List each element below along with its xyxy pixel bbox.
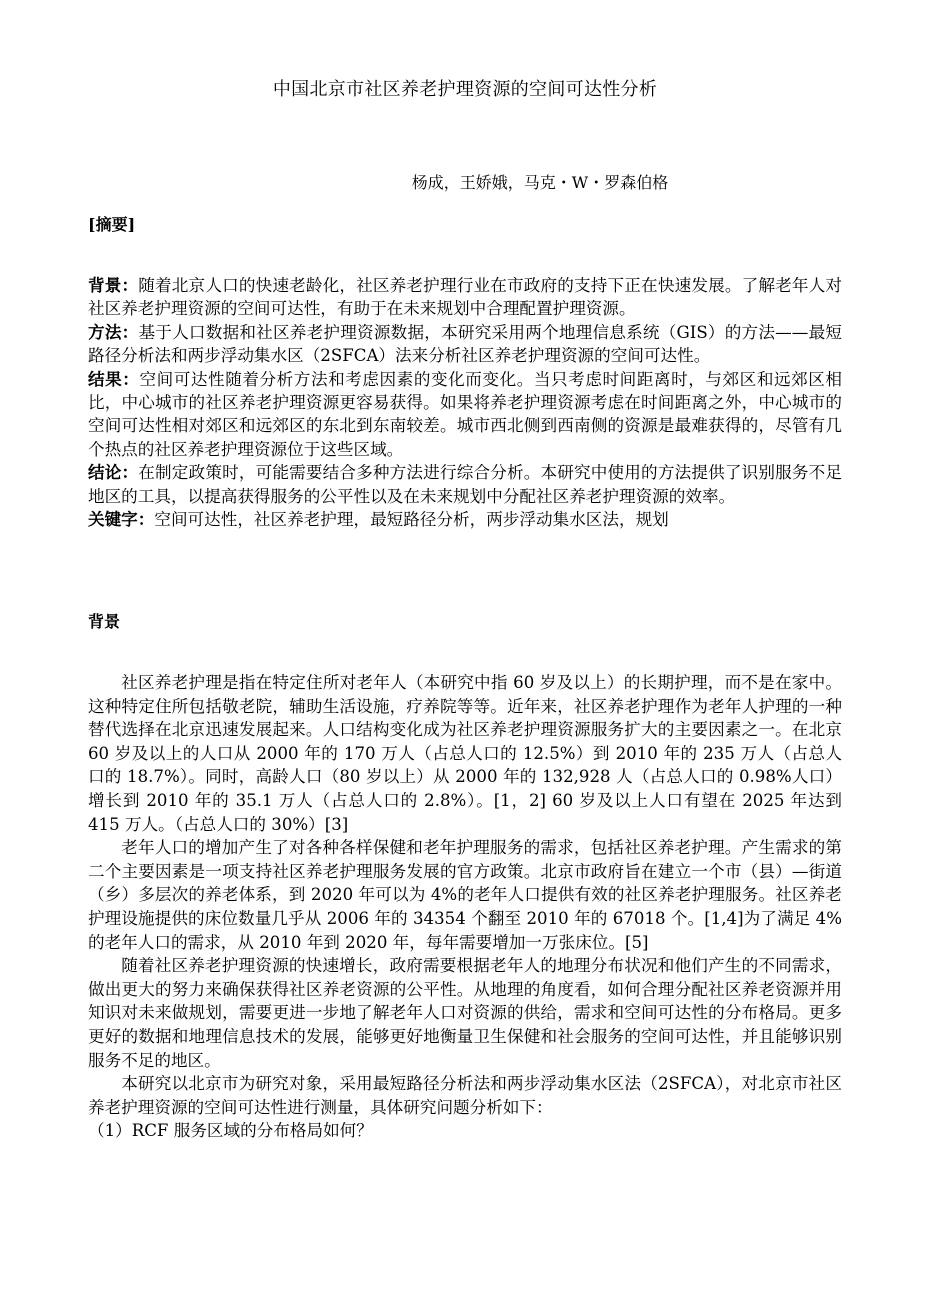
- abstract-text: 空间可达性随着分析方法和考虑因素的变化而变化。当只考虑时间距离时，与郊区和远郊区…: [88, 370, 842, 459]
- abstract-heading: [摘要]: [88, 212, 135, 235]
- abstract-text: 空间可达性，社区养老护理，最短路径分析，两步浮动集水区法，规划: [154, 510, 668, 529]
- paper-title: 中国北京市社区养老护理资源的空间可达性分析: [88, 75, 842, 101]
- research-question: （1）RCF 服务区域的分布格局如何？: [88, 1119, 842, 1143]
- abstract-background: 背景：随着北京人口的快速老龄化，社区养老护理行业在市政府的支持下正在快速发展。了…: [88, 274, 842, 321]
- abstract-methods: 方法：基于人口数据和社区养老护理资源数据，本研究采用两个地理信息系统（GIS）的…: [88, 321, 842, 368]
- abstract-label: 结果：: [88, 370, 139, 389]
- abstract-text: 在制定政策时，可能需要结合多种方法进行综合分析。本研究中使用的方法提供了识别服务…: [88, 463, 842, 505]
- body-text: 社区养老护理是指在特定住所对老年人（本研究中指 60 岁及以上）的长期护理，而不…: [88, 671, 842, 1143]
- section-heading-background: 背景: [88, 609, 120, 632]
- author-list: 杨成，王娇娥，马克・W・罗森伯格: [88, 170, 842, 193]
- abstract-keywords: 关键字：空间可达性，社区养老护理，最短路径分析，两步浮动集水区法，规划: [88, 508, 842, 531]
- abstract-label: 背景：: [88, 276, 138, 295]
- abstract-text: 随着北京人口的快速老龄化，社区养老护理行业在市政府的支持下正在快速发展。了解老年…: [88, 276, 842, 318]
- abstract-label: 结论：: [88, 463, 138, 482]
- abstract-results: 结果：空间可达性随着分析方法和考虑因素的变化而变化。当只考虑时间距离时，与郊区和…: [88, 368, 842, 462]
- abstract: 背景：随着北京人口的快速老龄化，社区养老护理行业在市政府的支持下正在快速发展。了…: [88, 274, 842, 531]
- body-paragraph: 社区养老护理是指在特定住所对老年人（本研究中指 60 岁及以上）的长期护理，而不…: [88, 671, 842, 836]
- abstract-conclusion: 结论：在制定政策时，可能需要结合多种方法进行综合分析。本研究中使用的方法提供了识…: [88, 461, 842, 508]
- body-paragraph: 本研究以北京市为研究对象，采用最短路径分析法和两步浮动集水区法（2SFCA），对…: [88, 1072, 842, 1119]
- abstract-text: 基于人口数据和社区养老护理资源数据，本研究采用两个地理信息系统（GIS）的方法—…: [88, 323, 842, 365]
- body-paragraph: 随着社区养老护理资源的快速增长，政府需要根据老年人的地理分布状况和他们产生的不同…: [88, 954, 842, 1072]
- body-paragraph: 老年人口的增加产生了对各种各样保健和老年护理服务的需求，包括社区养老护理。产生需…: [88, 836, 842, 954]
- abstract-label: 关键字：: [88, 510, 154, 529]
- abstract-label: 方法：: [88, 323, 138, 342]
